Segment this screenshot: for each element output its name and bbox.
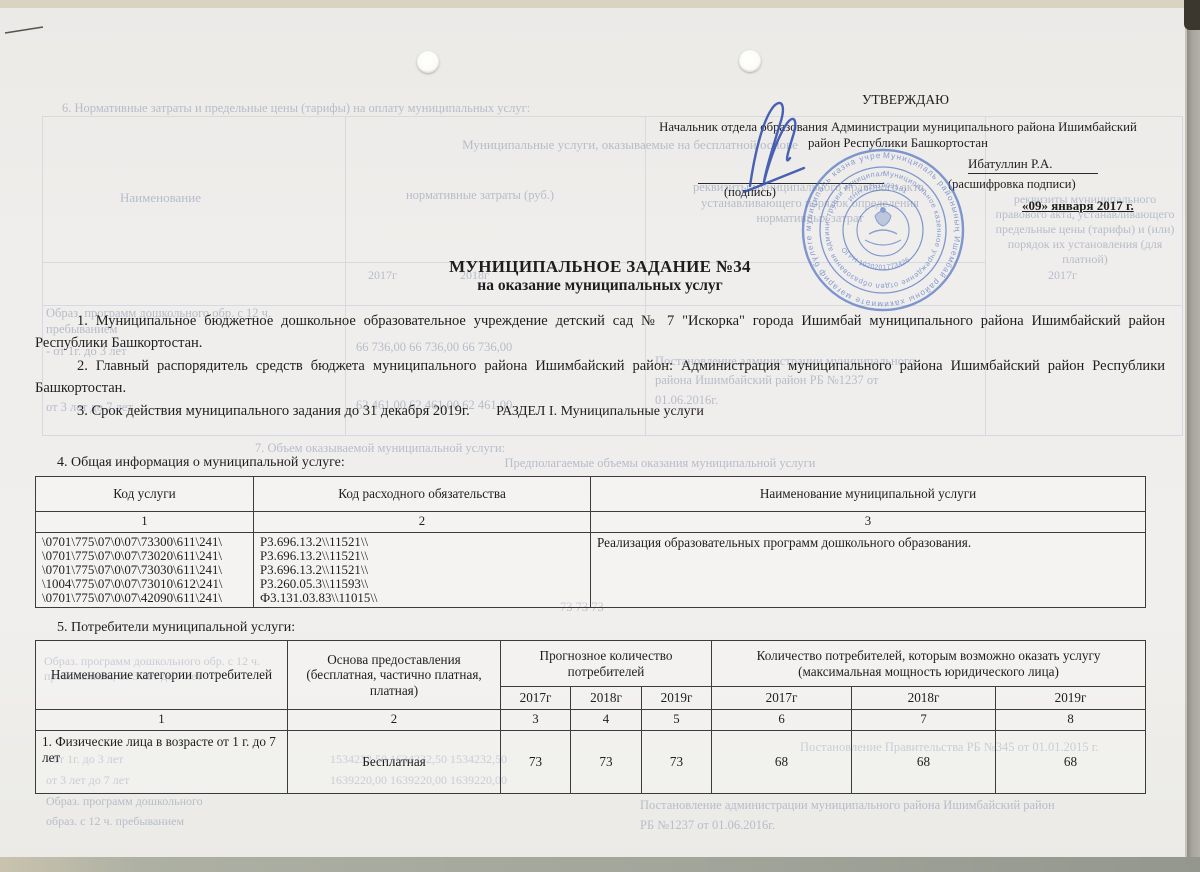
- service-code: \0701\775\07\0\07\73030\611\241\: [42, 563, 247, 577]
- col-number: 2: [254, 512, 591, 533]
- expense-codes-cell: Р3.696.13.2\\11521\\ Р3.696.13.2\\11521\…: [254, 533, 591, 608]
- service-code: \0701\775\07\0\07\42090\611\241\: [42, 591, 247, 605]
- section4-caption: 4. Общая информация о муниципальной услу…: [57, 455, 345, 471]
- year-label: 2017г: [501, 687, 571, 710]
- page-right-edge: [1187, 0, 1200, 872]
- official-seal-stamp-icon: Муниципаль районының Ишембай районы хаки…: [795, 142, 971, 323]
- punch-hole: [739, 50, 761, 72]
- col-number: 2: [288, 710, 501, 731]
- service-codes-cell: \0701\775\07\0\07\73300\611\241\ \0701\7…: [36, 533, 254, 608]
- bleed-text: Наименование: [120, 190, 201, 206]
- consumers-table: Наименование категории потребителей Осно…: [35, 640, 1146, 794]
- capacity-2017: 68: [712, 731, 852, 794]
- col-capacity-group: Количество потребителей, которым возможн…: [712, 641, 1146, 687]
- corner-shadow: [1184, 0, 1200, 30]
- capacity-2018: 68: [852, 731, 996, 794]
- col-consumer-category: Наименование категории потребителей: [36, 641, 288, 710]
- col-number: 4: [571, 710, 642, 731]
- year-label: 2019г: [996, 687, 1146, 710]
- punch-hole: [417, 51, 439, 73]
- paragraph-1: 1. Муниципальное бюджетное дошкольное об…: [35, 310, 1165, 355]
- expense-code: Р3.696.13.2\\11521\\: [260, 563, 584, 577]
- consumer-category-cell: 1. Физические лица в возрасте от 1 г. до…: [36, 731, 288, 794]
- bleed-text: Предполагаемые объемы оказания муниципал…: [400, 456, 920, 472]
- col-number: 3: [591, 512, 1146, 533]
- col-basis: Основа предоставления (бесплатная, части…: [288, 641, 501, 710]
- forecast-2019: 73: [642, 731, 712, 794]
- expense-code: Ф3.131.03.83\\11015\\: [260, 591, 584, 605]
- bleed-text: нормативные затраты (руб.): [380, 188, 580, 204]
- column-number-row: 1 2 3: [36, 512, 1146, 533]
- col-number: 5: [642, 710, 712, 731]
- service-info-table: Код услуги Код расходного обязательства …: [35, 476, 1146, 608]
- approval-date: «09» января 2017 г.: [1022, 198, 1134, 214]
- section-1-heading: РАЗДЕЛ I. Муниципальные услуги: [0, 404, 1200, 420]
- capacity-2019: 68: [996, 731, 1146, 794]
- table-row: 1. Физические лица в возрасте от 1 г. до…: [36, 731, 1146, 794]
- approve-label: УТВЕРЖДАЮ: [862, 92, 982, 108]
- col-number: 8: [996, 710, 1146, 731]
- bleed-text: Постановление администрации муниципально…: [640, 795, 1060, 835]
- col-number: 1: [36, 512, 254, 533]
- year-label: 2017г: [712, 687, 852, 710]
- section5-caption: 5. Потребители муниципальной услуги:: [57, 620, 295, 636]
- year-label: 2018г: [571, 687, 642, 710]
- year-label: 2018г: [852, 687, 996, 710]
- expense-code: Р3.696.13.2\\11521\\: [260, 549, 584, 563]
- col-number: 6: [712, 710, 852, 731]
- page-bottom-edge: [0, 857, 1200, 872]
- forecast-2017: 73: [501, 731, 571, 794]
- expense-code: Р3.696.13.2\\11521\\: [260, 535, 584, 549]
- pen-mark: [4, 26, 44, 34]
- document-subtitle: на оказание муниципальных услуг: [0, 277, 1200, 295]
- col-service-code: Код услуги: [36, 477, 254, 512]
- stamp-coat-of-arms: [865, 208, 901, 245]
- expense-code: Р3.260.05.3\\11593\\: [260, 577, 584, 591]
- paragraph-2: 2. Главный распорядитель средств бюджета…: [35, 355, 1165, 400]
- col-forecast-group: Прогнозное количество потребителей: [501, 641, 712, 687]
- service-code: \1004\775\07\0\07\73010\612\241\: [42, 577, 247, 591]
- service-name-cell: Реализация образовательных программ дошк…: [591, 533, 1146, 608]
- table-header-row: Наименование категории потребителей Осно…: [36, 641, 1146, 687]
- col-service-name: Наименование муниципальной услуги: [591, 477, 1146, 512]
- signer-name: Ибатуллин Р.А.: [968, 156, 1098, 174]
- col-number: 3: [501, 710, 571, 731]
- bleed-text: образ. с 12 ч. пребыванием: [46, 814, 184, 829]
- service-code: \0701\775\07\0\07\73020\611\241\: [42, 549, 247, 563]
- year-label: 2019г: [642, 687, 712, 710]
- page-top-edge: [0, 0, 1200, 8]
- col-expense-code: Код расходного обязательства: [254, 477, 591, 512]
- bleed-text: Образ. программ дошкольного: [46, 794, 203, 809]
- table-header-row: Код услуги Код расходного обязательства …: [36, 477, 1146, 512]
- service-code: \0701\775\07\0\07\73300\611\241\: [42, 535, 247, 549]
- column-number-row: 1 2 3 4 5 6 7 8: [36, 710, 1146, 731]
- col-number: 7: [852, 710, 996, 731]
- basis-cell: Бесплатная: [288, 731, 501, 794]
- col-number: 1: [36, 710, 288, 731]
- document-title: МУНИЦИПАЛЬНОЕ ЗАДАНИЕ №34: [0, 257, 1200, 277]
- forecast-2018: 73: [571, 731, 642, 794]
- bleed-text: 6. Нормативные затраты и предельные цены…: [62, 101, 842, 117]
- scanned-document-page: 6. Нормативные затраты и предельные цены…: [0, 0, 1200, 872]
- table-row: \0701\775\07\0\07\73300\611\241\ \0701\7…: [36, 533, 1146, 608]
